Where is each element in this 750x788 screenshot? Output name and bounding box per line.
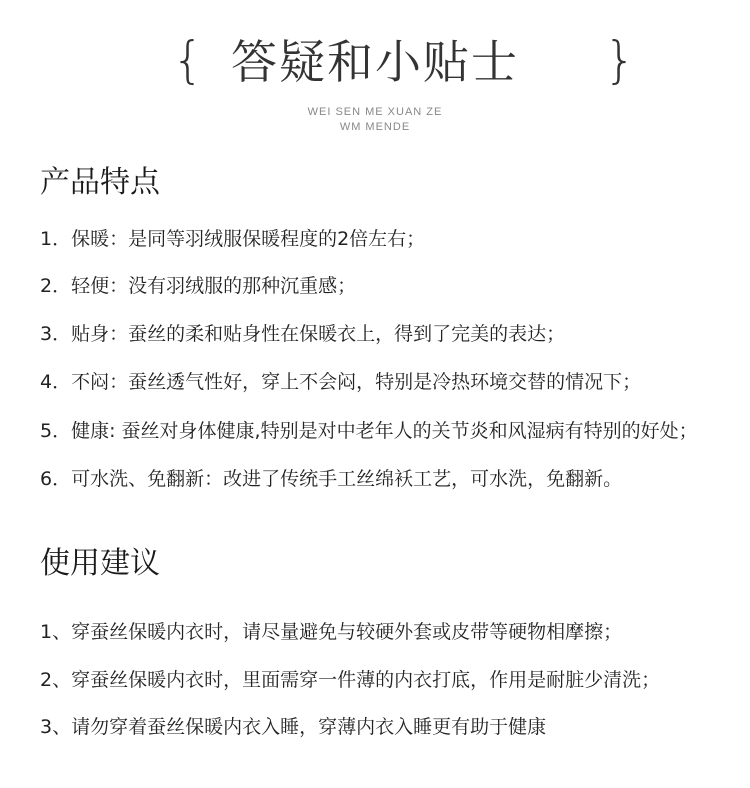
subtitle-line-2: WM MENDE — [0, 121, 750, 133]
feature-item: 6．可水洗、免翻新：改进了传统手工丝绵袄工艺，可水洗，免翻新。 — [40, 466, 622, 492]
usage-heading: 使用建议 — [40, 544, 160, 584]
feature-item: 5．健康: 蚕丝对身体健康,特别是对中老年人的关节炎和风湿病有特别的好处； — [40, 418, 698, 444]
page-header: { 答疑和小贴士 } WEI SEN ME XUAN ZE WM MENDE — [0, 0, 750, 140]
usage-item: 3、请勿穿着蚕丝保暖内衣入睡，穿薄内衣入睡更有助于健康 — [40, 714, 546, 740]
feature-item: 3．贴身：蚕丝的柔和贴身性在保暖衣上，得到了完美的表达； — [40, 321, 565, 347]
right-brace-decoration: } — [604, 30, 636, 90]
subtitle-line-1: WEI SEN ME XUAN ZE — [0, 106, 750, 118]
page-title: 答疑和小贴士 — [0, 32, 750, 92]
feature-item: 4．不闷：蚕丝透气性好，穿上不会闷，特别是冷热环境交替的情况下； — [40, 369, 641, 395]
usage-item: 1、穿蚕丝保暖内衣时，请尽量避免与较硬外套或皮带等硬物相摩擦； — [40, 619, 622, 645]
usage-item: 2、穿蚕丝保暖内衣时，里面需穿一件薄的内衣打底，作用是耐脏少清洗； — [40, 667, 660, 693]
feature-item: 2．轻便：没有羽绒服的那种沉重感； — [40, 273, 356, 299]
features-heading: 产品特点 — [40, 163, 160, 203]
feature-item: 1．保暖：是同等羽绒服保暖程度的2倍左右； — [40, 226, 425, 252]
